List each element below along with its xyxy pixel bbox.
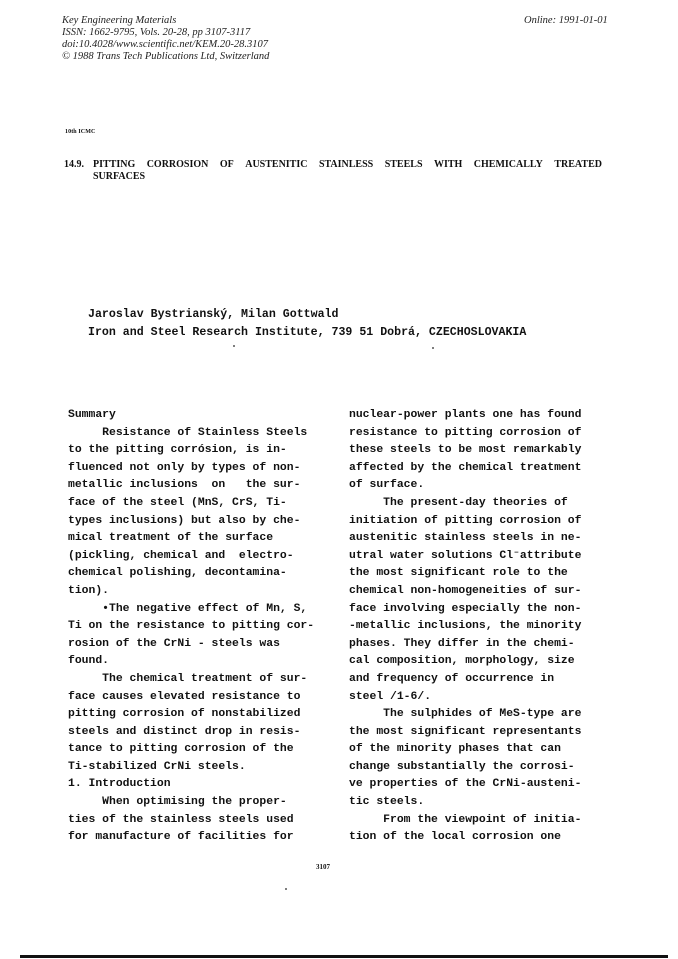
text-line: the most significant representants [349,724,581,742]
title-word: OF [220,159,234,171]
text-line: face causes elevated resistance to [68,689,314,707]
text-line: phases. They differ in the chemi- [349,636,581,654]
title-word: STEELS [385,159,423,171]
author-names: Jaroslav Bystrianský, Milan Gottwald [88,306,526,324]
issn-line: ISSN: 1662-9795, Vols. 20-28, pp 3107-31… [62,27,269,39]
text-line: of the minority phases that can [349,741,581,759]
text-line: -metallic inclusions, the minority [349,618,581,636]
page-number: 3107 [316,863,330,871]
text-line: pitting corrosion of nonstabilized [68,706,314,724]
text-line: mical treatment of the surface [68,530,314,548]
title-line-2: SURFACES [93,171,602,183]
scan-speck [432,347,434,349]
scan-speck [285,888,287,890]
text-line: of surface. [349,477,581,495]
publication-metadata: Key Engineering Materials ISSN: 1662-979… [62,15,269,63]
text-line: ve properties of the CrNi-austeni- [349,776,581,794]
author-affiliation: Iron and Steel Research Institute, 739 5… [88,324,526,342]
doi-line: doi:10.4028/www.scientific.net/KEM.20-28… [62,39,269,51]
text-line: affected by the chemical treatment [349,460,581,478]
text-line: and frequency of occurrence in [349,671,581,689]
text-line: tion). [68,583,314,601]
title-word: CHEMICALLY [474,159,543,171]
text-line: chemical non-homogeneities of sur- [349,583,581,601]
text-line: The chemical treatment of sur- [68,671,314,689]
online-date: Online: 1991-01-01 [524,15,608,27]
text-line: nuclear-power plants one has found [349,407,581,425]
text-line: When optimising the proper- [68,794,314,812]
left-column: Summary Resistance of Stainless Steelsto… [68,407,314,847]
text-line: cal composition, morphology, size [349,653,581,671]
text-line: ties of the stainless steels used [68,812,314,830]
paper-title: 14.9. PITTINGCORROSIONOFAUSTENITICSTAINL… [64,159,602,183]
title-line-1: PITTINGCORROSIONOFAUSTENITICSTAINLESSSTE… [93,159,602,171]
text-line: •The negative effect of Mn, S, [68,601,314,619]
title-word: STAINLESS [319,159,373,171]
text-line: utral water solutions Cl⁻attribute [349,548,581,566]
author-block: Jaroslav Bystrianský, Milan GottwaldIron… [88,306,526,342]
text-line: resistance to pitting corrosion of [349,425,581,443]
journal-name: Key Engineering Materials [62,15,269,27]
text-line: face of the steel (MnS, CrS, Ti- [68,495,314,513]
text-line: tance to pitting corrosion of the [68,741,314,759]
bottom-rule [20,955,668,958]
text-line: steel /1-6/. [349,689,581,707]
text-line: these steels to be most remarkably [349,442,581,460]
title-word: WITH [434,159,462,171]
text-line: metallic inclusions on the sur- [68,477,314,495]
text-line: austenitic stainless steels in ne- [349,530,581,548]
text-line: fluenced not only by types of non- [68,460,314,478]
text-line: From the viewpoint of initia- [349,812,581,830]
text-line: found. [68,653,314,671]
text-line: Ti-stabilized CrNi steels. [68,759,314,777]
text-line: tic steels. [349,794,581,812]
text-line: types inclusions) but also by che- [68,513,314,531]
text-line: chemical polishing, decontamina- [68,565,314,583]
text-line: steels and distinct drop in resis- [68,724,314,742]
conference-label: 10th ICMC [65,129,95,135]
right-column: nuclear-power plants one has foundresist… [349,407,581,847]
text-line: Resistance of Stainless Steels [68,425,314,443]
text-line: Ti on the resistance to pitting cor- [68,618,314,636]
text-line: initiation of pitting corrosion of [349,513,581,531]
text-line: face involving especially the non- [349,601,581,619]
text-line: change substantially the corrosi- [349,759,581,777]
title-word: PITTING [93,159,135,171]
introduction-heading: 1. Introduction [68,776,314,794]
text-line: for manufacture of facilities for [68,829,314,847]
scan-speck [233,345,235,347]
title-word: AUSTENITIC [245,159,307,171]
title-word: TREATED [554,159,602,171]
text-line: The sulphides of MeS-type are [349,706,581,724]
text-line: to the pitting corrósion, is in- [68,442,314,460]
text-line: tion of the local corrosion one [349,829,581,847]
text-line: rosion of the CrNi - steels was [68,636,314,654]
section-number: 14.9. [64,159,84,171]
title-word: CORROSION [147,159,209,171]
copyright-line: © 1988 Trans Tech Publications Ltd, Swit… [62,51,269,63]
text-line: the most significant role to the [349,565,581,583]
text-line: (pickling, chemical and electro- [68,548,314,566]
summary-heading: Summary [68,407,314,425]
text-line: The present-day theories of [349,495,581,513]
